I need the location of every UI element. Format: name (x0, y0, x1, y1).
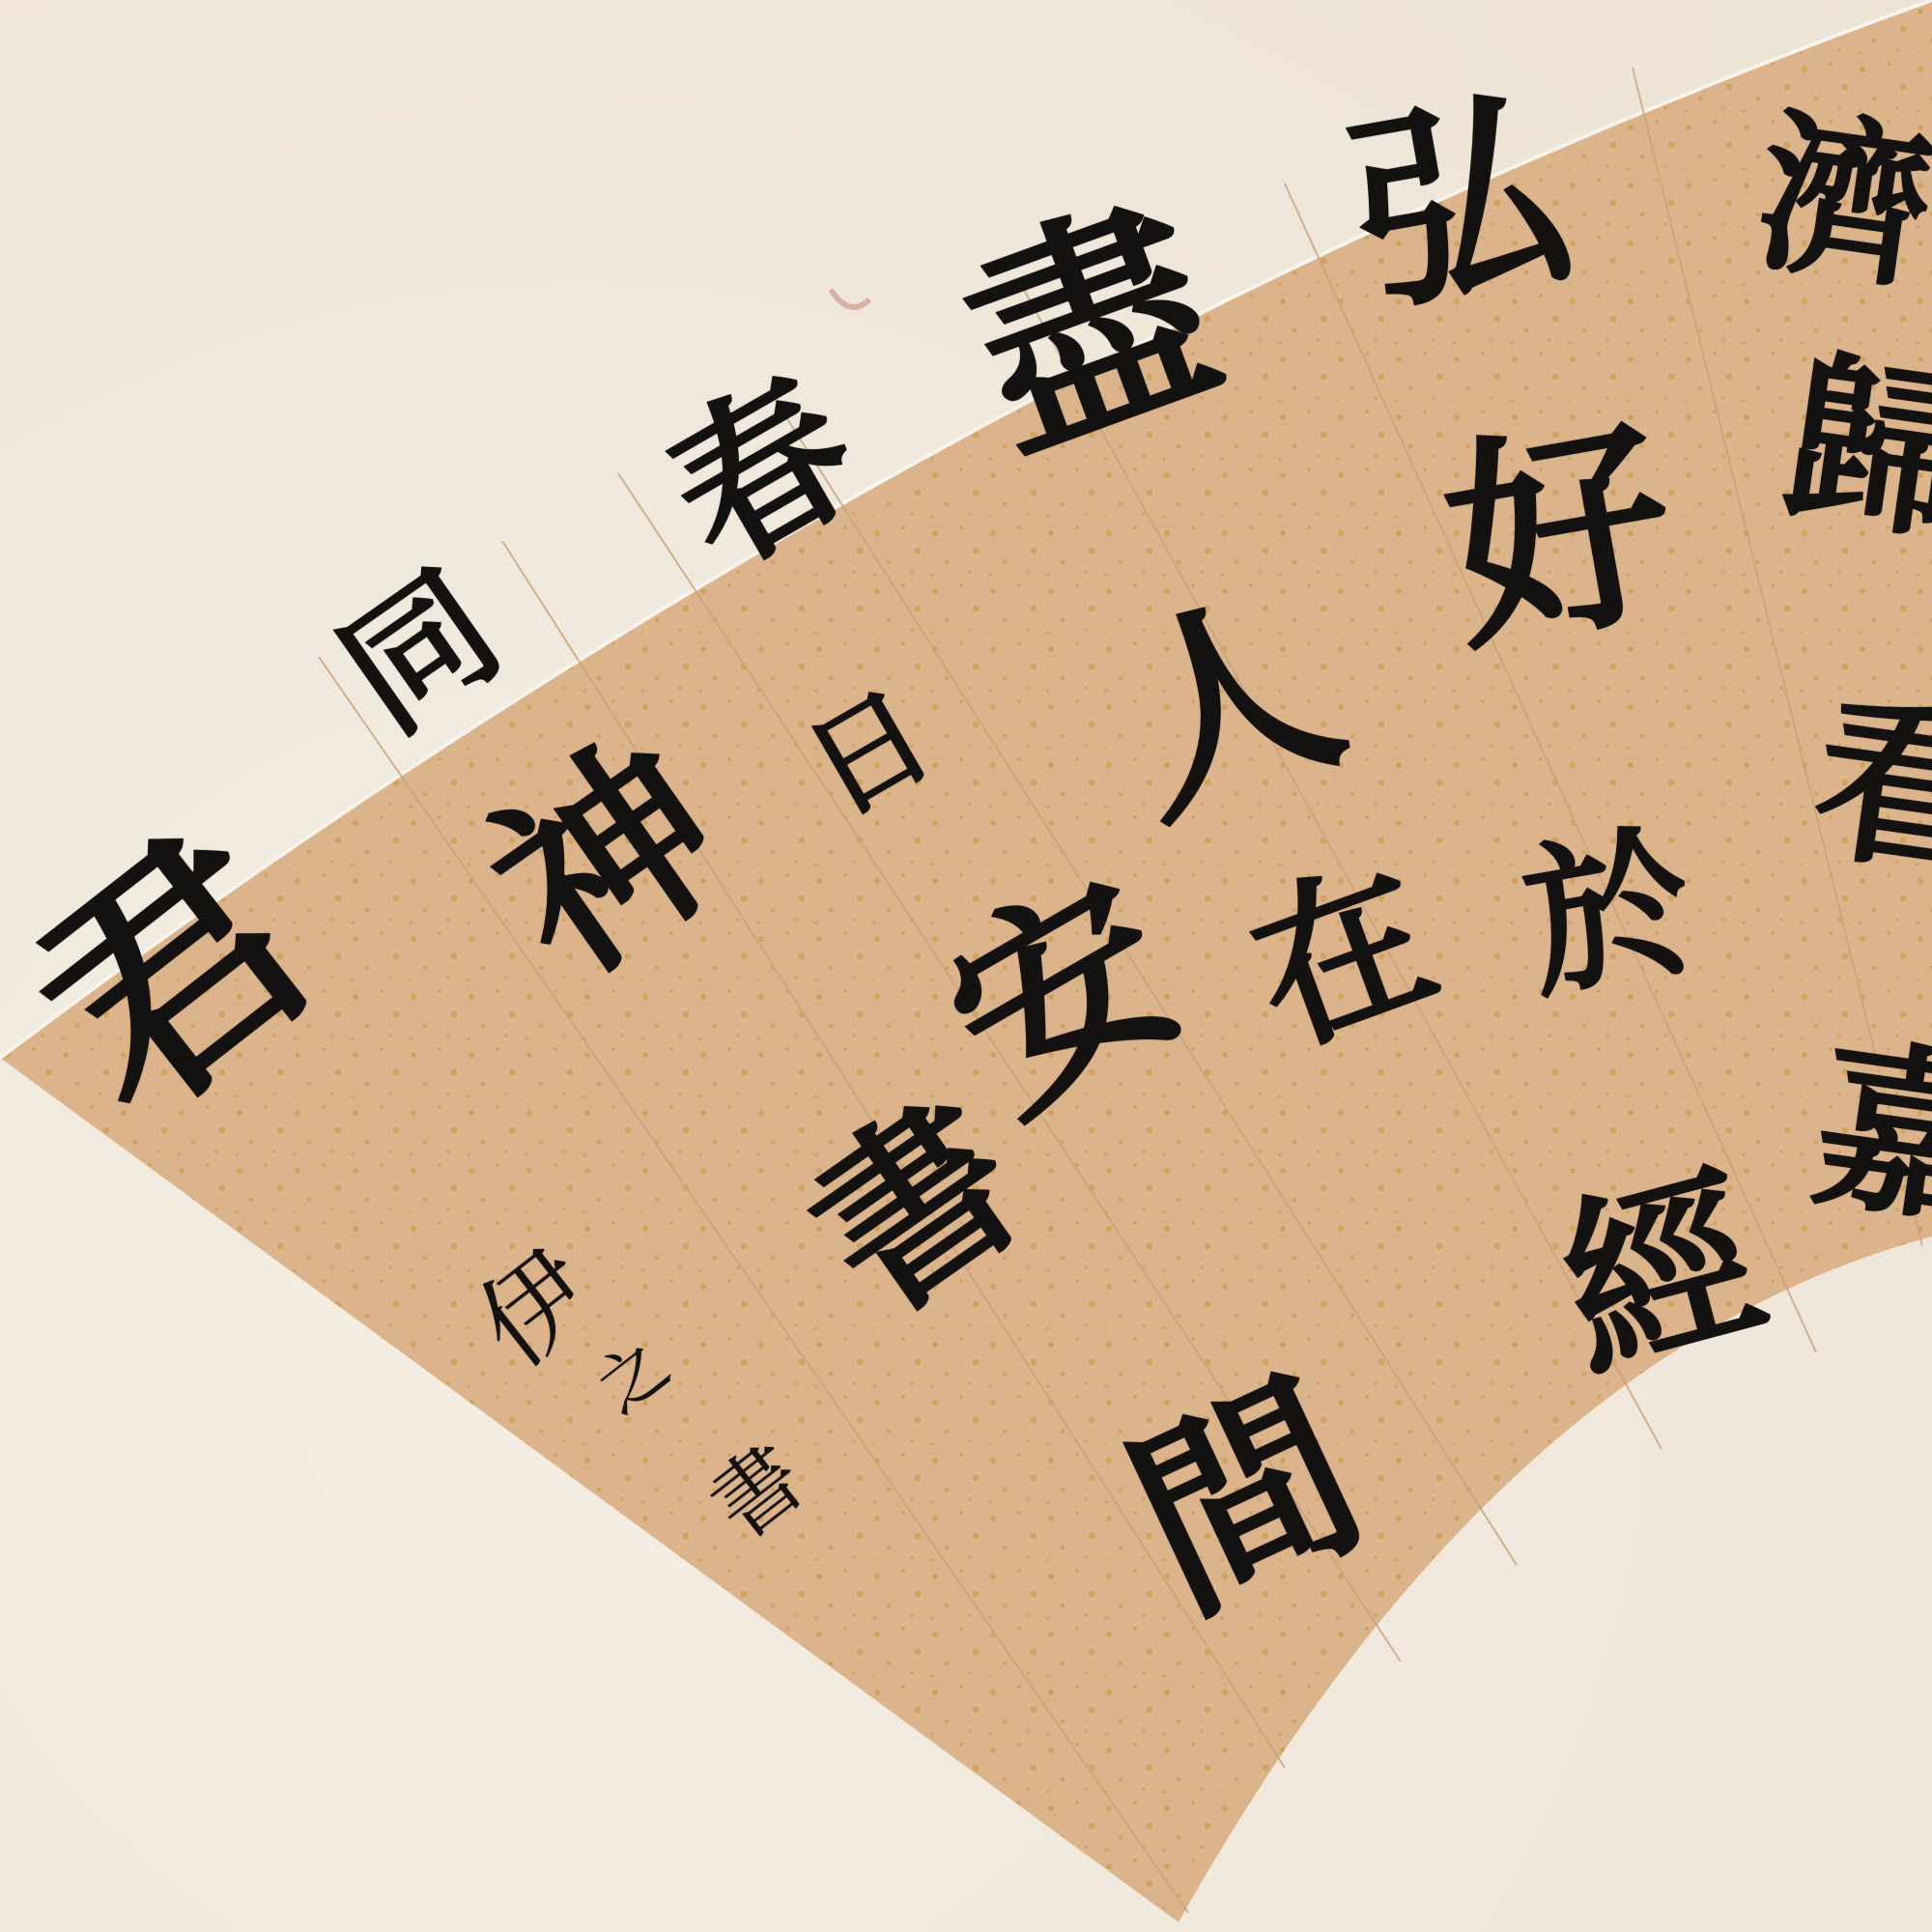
calligraphy-char: 好 (1432, 408, 1689, 665)
calligraphy-char: 於 (1514, 818, 1704, 1009)
seal-trace (831, 290, 869, 307)
calligraphy-char: 弘 (1336, 80, 1582, 327)
calligraphy-char: 濟 (1747, 104, 1932, 300)
calligraphy-char: 歸 (1776, 346, 1932, 554)
